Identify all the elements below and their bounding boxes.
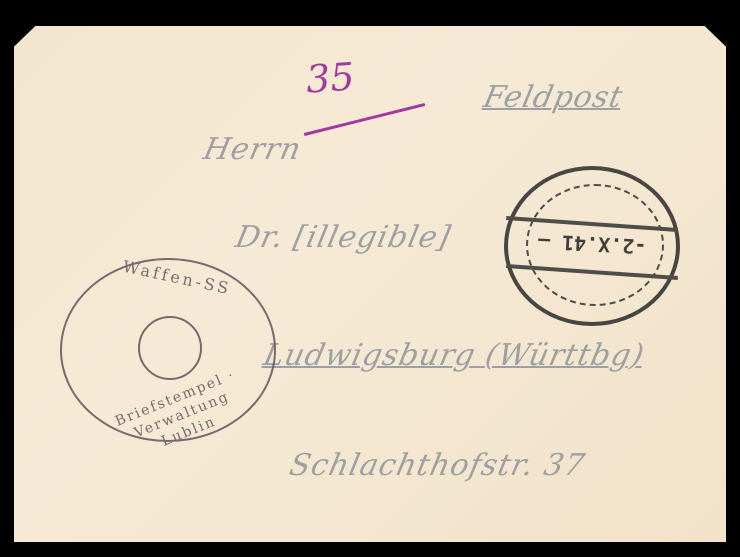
ledger-underline	[303, 103, 425, 136]
ledger-mark: 35	[305, 54, 356, 101]
letter-sheet: 35 Feldpost Herrn Dr. [illegible] Ludwig…	[14, 26, 726, 542]
postmark: -2.X.41 –	[504, 166, 680, 326]
unit-stamp-top-text: Waffen-SS	[121, 257, 233, 299]
service-note: Feldpost	[480, 80, 626, 115]
unit-stamp: Waffen-SS Briefstempel · Verwaltung Lubl…	[60, 258, 276, 442]
recipient-city: Ludwigsburg (Württbg)	[260, 338, 648, 373]
emblem-icon	[138, 316, 202, 380]
salutation: Herrn	[200, 132, 304, 167]
recipient-street: Schlachthofstr. 37	[286, 448, 588, 483]
recipient-name: Dr. [illegible]	[232, 220, 454, 255]
